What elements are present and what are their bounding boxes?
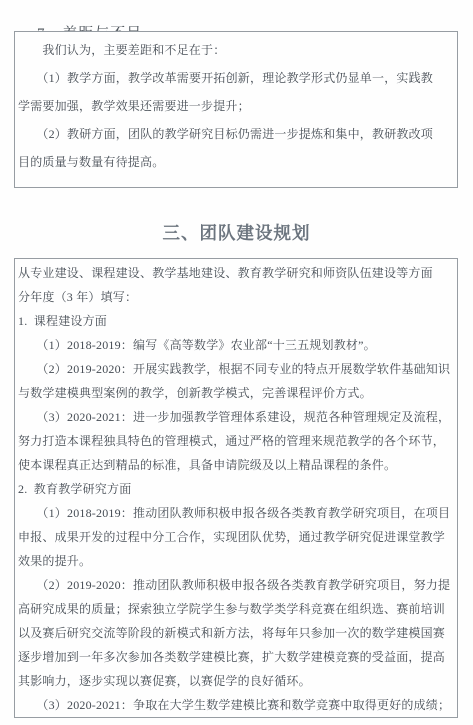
- text-line: 努力打造本课程独具特色的管理模式，通过严格的管理来规范教学的各个环节，: [18, 429, 454, 453]
- gaps-and-deficiencies-box: 我们认为，主要差距和不足在于： （1）教学方面，教学改革需要开拓创新，理论教学形…: [14, 31, 458, 188]
- text-line: （1）2018-2019：编写《高等数学》农业部“十三五规划教材”。: [18, 333, 454, 357]
- section-3-heading: 三、团队建设规划: [0, 220, 473, 245]
- text-line: （1）2018-2019：推动团队教师积极申报各级各类教育教学研究项目，在项目: [18, 501, 454, 525]
- text-line: （3）2020-2021：争取在大学生数学建模比赛和数学竞赛中取得更好的成绩；: [18, 693, 454, 717]
- text-line: （2）2019-2020：开展实践教学，根据不同专业的特点开展数学软件基础知识: [18, 357, 454, 381]
- text-line: 目的质量与数量有待提高。: [18, 148, 454, 176]
- text-line: 从专业建设、课程建设、教学基地建设、教育教学研究和师资队伍建设等方面: [18, 261, 454, 285]
- text-line: 我们认为，主要差距和不足在于：: [18, 36, 454, 64]
- team-building-plan-box: 从专业建设、课程建设、教学基地建设、教育教学研究和师资队伍建设等方面分年度（3 …: [14, 258, 458, 718]
- text-line: 学需要加强，教学效果还需要进一步提升；: [18, 92, 454, 120]
- text-line: （1）教学方面，教学改革需要开拓创新，理论教学形式仍显单一，实践教: [18, 64, 454, 92]
- text-line: 申报、成果开发的过程中分工合作，实现团队优势，通过教学研究促进课堂教学: [18, 525, 454, 549]
- document-page: 7.差距与不足 我们认为，主要差距和不足在于： （1）教学方面，教学改革需要开拓…: [0, 0, 473, 725]
- text-line: 1. 课程建设方面: [18, 309, 454, 333]
- text-line: 使本课程真正达到精品的标准，具备申请院级及以上精品课程的条件。: [18, 453, 454, 477]
- text-line: （2）2019-2020：推动团队教师积极申报各级各类教育教学研究项目，努力提: [18, 573, 454, 597]
- text-line: 其影响力，逐步实现以赛促赛，以赛促学的良好循环。: [18, 669, 454, 693]
- text-line: 逐步增加到一年多次参加各类数学建模比赛，扩大数学建模竞赛的受益面，提高: [18, 645, 454, 669]
- text-line: 2. 教育教学研究方面: [18, 477, 454, 501]
- text-line: 分年度（3 年）填写：: [18, 285, 454, 309]
- text-line: （2）教研方面，团队的教学研究目标仍需进一步提炼和集中，教研教改项: [18, 120, 454, 148]
- text-line: （3）2020-2021：进一步加强教学管理体系建设，规范各种管理规定及流程，: [18, 405, 454, 429]
- text-line: 高研究成果的质量；探索独立学院学生参与数学类学科竞赛在组织选、赛前培训: [18, 597, 454, 621]
- text-line: 效果的提升。: [18, 549, 454, 573]
- text-line: 以及赛后研究交流等阶段的新模式和新方法，将每年只参加一次的数学建模国赛: [18, 621, 454, 645]
- text-line: 与数学建模典型案例的教学，创新教学模式，完善课程评价方式。: [18, 381, 454, 405]
